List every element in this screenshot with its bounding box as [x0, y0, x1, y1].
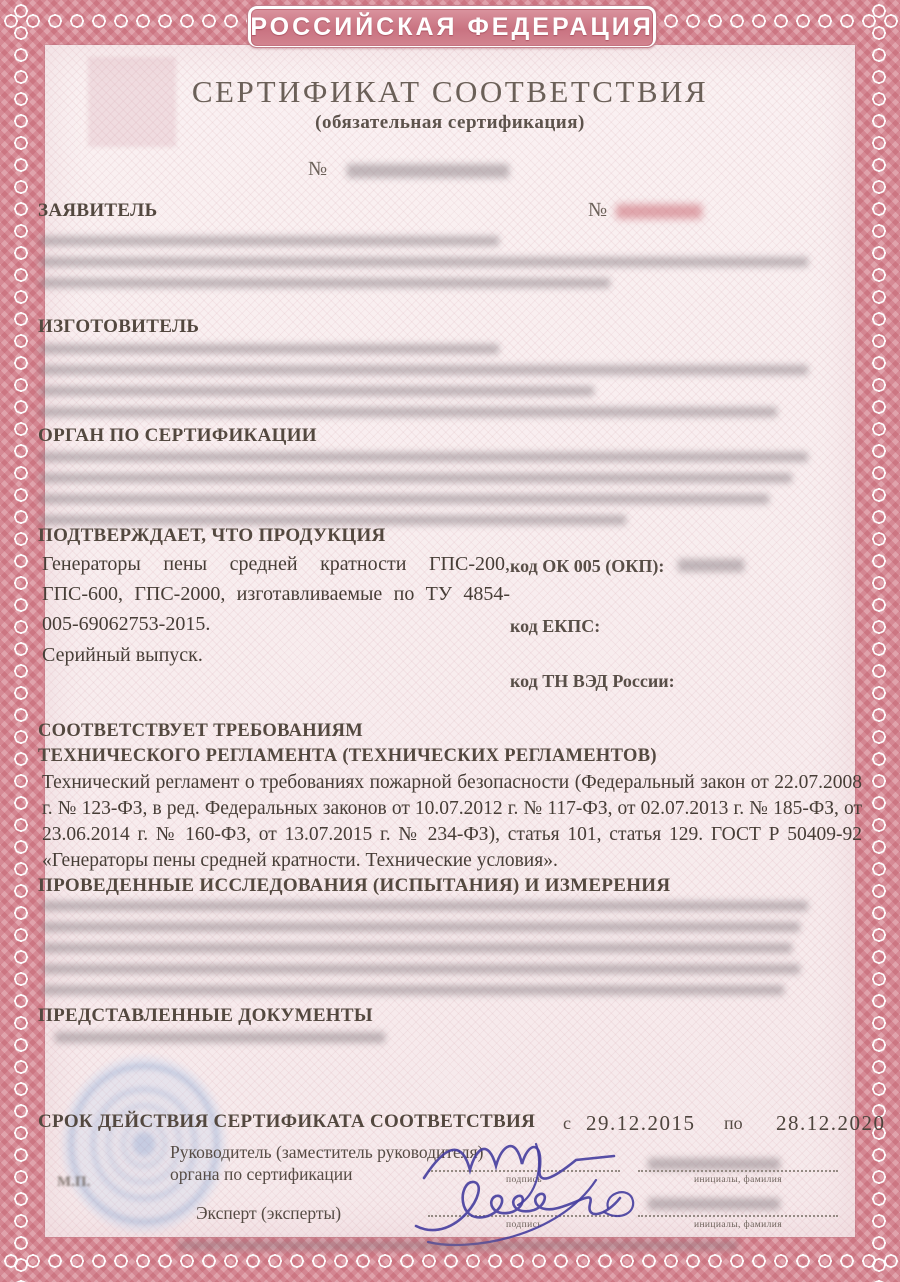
- certificate-title: СЕРТИФИКАТ СООТВЕТСТВИЯ: [0, 74, 900, 110]
- code-tnved-label: код ТН ВЭД России:: [510, 671, 675, 692]
- applicant-heading: ЗАЯВИТЕЛЬ: [38, 200, 157, 222]
- expert-name-line: [638, 1205, 838, 1217]
- head-name-line: [638, 1160, 838, 1172]
- expert-role-label: Эксперт (эксперты): [196, 1203, 341, 1224]
- documents-heading: ПРЕДСТАВЛЕННЫЕ ДОКУМЕНТЫ: [38, 1005, 373, 1027]
- country-banner-panel: РОССИЙСКАЯ ФЕДЕРАЦИЯ: [251, 9, 653, 46]
- certificate-subtitle: (обязательная сертификация): [0, 112, 900, 134]
- certificate-page: РОССИЙСКАЯ ФЕДЕРАЦИЯ СЕРТИФИКАТ СООТВЕТС…: [0, 0, 900, 1282]
- tests-heading: ПРОВЕДЕННЫЕ ИССЛЕДОВАНИЯ (ИСПЫТАНИЯ) И И…: [38, 875, 670, 897]
- requirements-heading-1: СООТВЕТСТВУЕТ ТРЕБОВАНИЯМ: [38, 721, 363, 742]
- cert-number-sign: №: [308, 158, 327, 181]
- country-banner-label: РОССИЙСКАЯ ФЕДЕРАЦИЯ: [250, 13, 653, 42]
- country-banner: РОССИЙСКАЯ ФЕДЕРАЦИЯ: [247, 5, 657, 48]
- validity-to-date: 28.12.2020: [776, 1111, 886, 1136]
- requirements-body: Технический регламент о требованиях пожа…: [42, 770, 862, 875]
- expert-name-caption: инициалы, фамилия: [638, 1220, 838, 1230]
- redacted-okp-code: [678, 559, 744, 572]
- requirements-heading-2: ТЕХНИЧЕСКОГО РЕГЛАМЕНТА (ТЕХНИЧЕСКИХ РЕГ…: [38, 746, 657, 767]
- code-okp-label: код ОК 005 (ОКП):: [510, 556, 664, 577]
- head-name-caption: инициалы, фамилия: [638, 1175, 838, 1185]
- redacted-cert-body-text: [40, 452, 832, 536]
- product-serial-note: Серийный выпуск.: [42, 640, 510, 670]
- redacted-documents-text: [55, 1032, 385, 1043]
- redacted-tests-text: [42, 901, 840, 1006]
- product-heading: ПОДТВЕРЖДАЕТ, ЧТО ПРОДУКЦИЯ: [38, 525, 386, 547]
- redacted-form-number: [616, 204, 702, 219]
- redacted-manufacturer-text: [40, 344, 832, 428]
- redacted-print-info: [178, 1241, 738, 1250]
- product-description: Генераторы пены средней кратности ГПС-20…: [42, 549, 510, 639]
- head-role-line2: органа по сертификации: [170, 1164, 353, 1185]
- code-ekps-label: код ЕКПС:: [510, 616, 600, 637]
- validity-to-label: по: [724, 1113, 743, 1134]
- redacted-cert-number: [347, 164, 509, 178]
- cert-body-heading: ОРГАН ПО СЕРТИФИКАЦИИ: [38, 425, 317, 447]
- stamp-place-label: М.П.: [57, 1174, 90, 1191]
- manufacturer-heading: ИЗГОТОВИТЕЛЬ: [38, 316, 199, 338]
- redacted-applicant-text: [40, 236, 832, 299]
- form-number-sign: №: [588, 199, 607, 222]
